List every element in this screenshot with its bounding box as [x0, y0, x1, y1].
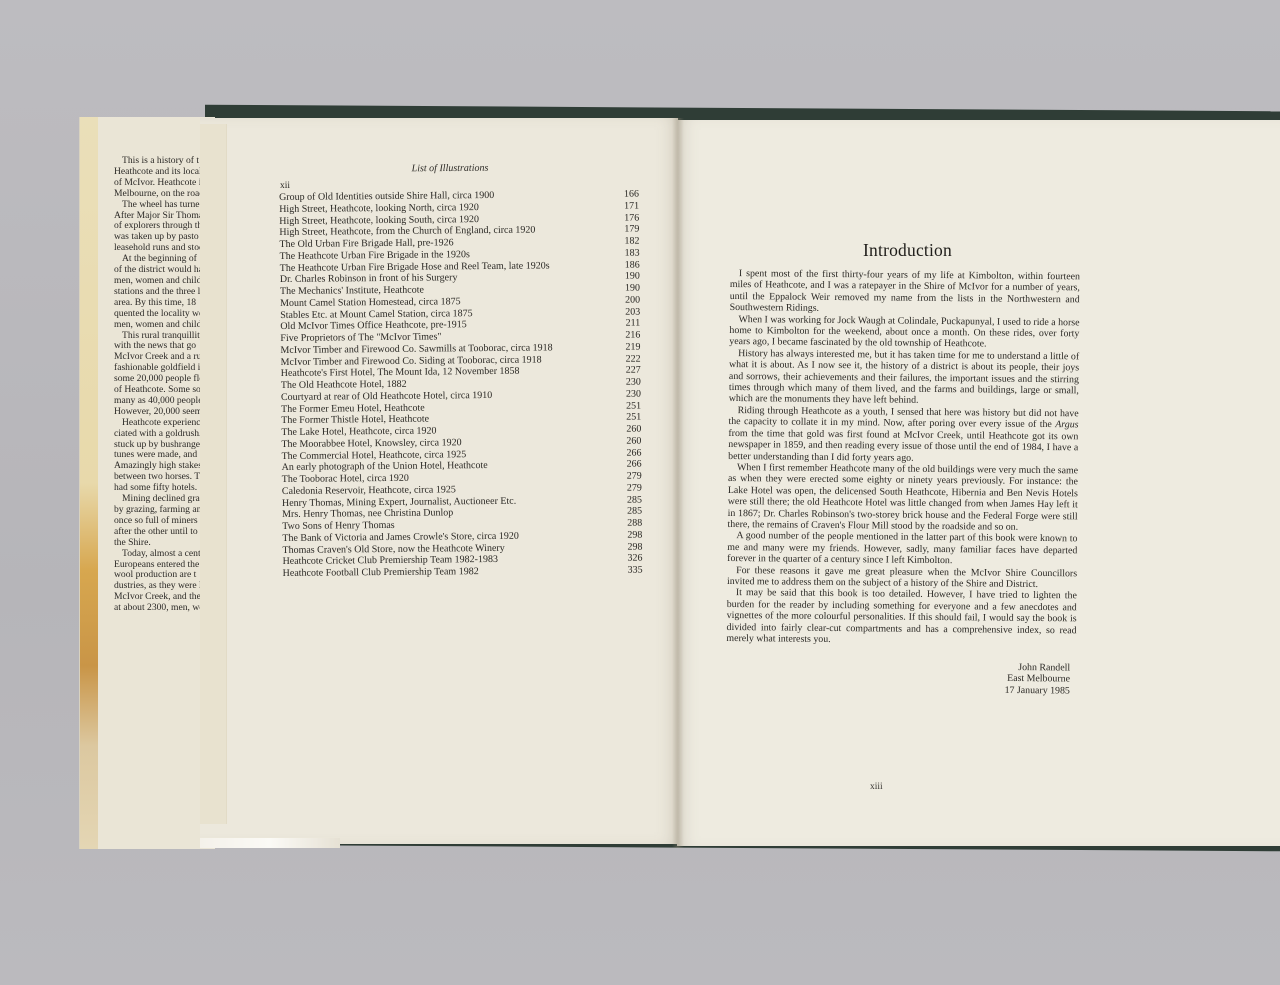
intro-paragraph: Riding through Heathcote as a youth, I s… [728, 405, 1079, 465]
illustration-page: 171 [615, 200, 639, 212]
illustration-page: 222 [617, 353, 641, 365]
flap-line: the Shire. [114, 538, 212, 549]
page-title: Introduction [860, 240, 955, 261]
intro-paragraph: It may be said that this book is too det… [726, 587, 1077, 647]
page-gloss [200, 838, 340, 848]
illustration-title: Heathcote Football Club Premiership Team… [283, 566, 479, 580]
illustration-page: 211 [616, 318, 640, 330]
illustration-page: 251 [617, 400, 641, 412]
illustration-page: 285 [618, 506, 642, 518]
jacket-tape-edge [80, 117, 98, 849]
illustration-page: 285 [618, 494, 642, 506]
intro-paragraph: A good number of the people mentioned in… [727, 530, 1077, 568]
illustration-page: 219 [616, 341, 640, 353]
illustration-title: Dr. Charles Robinson in front of his Sur… [280, 273, 458, 286]
flap-line: men, women and childr [114, 320, 212, 331]
illustration-page: 176 [615, 212, 639, 224]
jacket-flap-text: This is a history of tHeathcote and its … [114, 156, 212, 614]
illustration-page: 298 [618, 529, 642, 541]
illustration-page: 260 [617, 424, 641, 436]
flap-line: at about 2300, men, wo [114, 603, 212, 614]
illustration-page: 266 [618, 459, 642, 471]
book-gutter [672, 118, 684, 848]
introduction-body: I spent most of the first thirty-four ye… [726, 268, 1080, 648]
page-number-right: xiii [870, 782, 883, 792]
flap-line: ciated with a goldrush. [114, 429, 212, 440]
illustration-page: 230 [617, 388, 641, 400]
illustration-page: 266 [617, 447, 641, 459]
intro-paragraph: I spent most of the first thirty-four ye… [730, 268, 1080, 317]
illustration-page: 326 [618, 553, 642, 565]
flap-line: quented the locality wou [114, 309, 212, 320]
intro-paragraph: When I first remember Heathcote many of … [727, 462, 1078, 534]
illustration-page: 335 [619, 565, 643, 577]
illustration-title: An early photograph of the Union Hotel, … [282, 460, 488, 474]
illustration-page: 186 [616, 259, 640, 271]
illustration-page: 251 [617, 412, 641, 424]
illustration-page: 190 [616, 283, 640, 295]
illustration-page: 227 [617, 365, 641, 377]
illustration-page: 166 [615, 189, 639, 201]
page-underlay [200, 124, 227, 824]
illustration-page: 279 [618, 471, 642, 483]
illustration-page: 183 [616, 247, 640, 259]
running-head: List of Illustrations [410, 163, 490, 175]
illustration-page: 200 [616, 294, 640, 306]
illustration-page: 260 [617, 435, 641, 447]
illustrations-list: Group of Old Identities outside Shire Ha… [279, 189, 643, 580]
newspaper-name: Argus [1055, 419, 1078, 430]
illustration-page: 179 [615, 224, 639, 236]
intro-paragraph: When I was working for Jock Waugh at Col… [729, 314, 1079, 352]
signature-block: John Randell East Melbourne 17 January 1… [960, 661, 1070, 696]
illustration-title: Courtyard at rear of Old Heathcote Hotel… [281, 390, 492, 404]
illustration-page: 279 [618, 482, 642, 494]
illustration-title: Mrs. Henry Thomas, nee Christina Dunlop [282, 508, 453, 521]
illustration-page: 216 [616, 330, 640, 342]
flap-line: The wheel has turne [114, 200, 212, 211]
page-number-left: xii [280, 181, 290, 191]
illustration-page: 182 [615, 236, 639, 248]
intro-paragraph: For these reasons it gave me great pleas… [727, 565, 1077, 591]
signature-date: 17 January 1985 [960, 684, 1070, 696]
illustration-page: 203 [616, 306, 640, 318]
illustration-title: Two Sons of Henry Thomas [282, 520, 395, 533]
illustration-page: 288 [618, 518, 642, 530]
illustration-page: 230 [617, 377, 641, 389]
illustration-page: 190 [616, 271, 640, 283]
flap-line: Melbourne, on the road [114, 189, 212, 200]
flap-line: Today, almost a cent [114, 549, 212, 560]
illustration-page: 298 [618, 541, 642, 553]
intro-paragraph: History has always interested me, but it… [729, 348, 1080, 408]
